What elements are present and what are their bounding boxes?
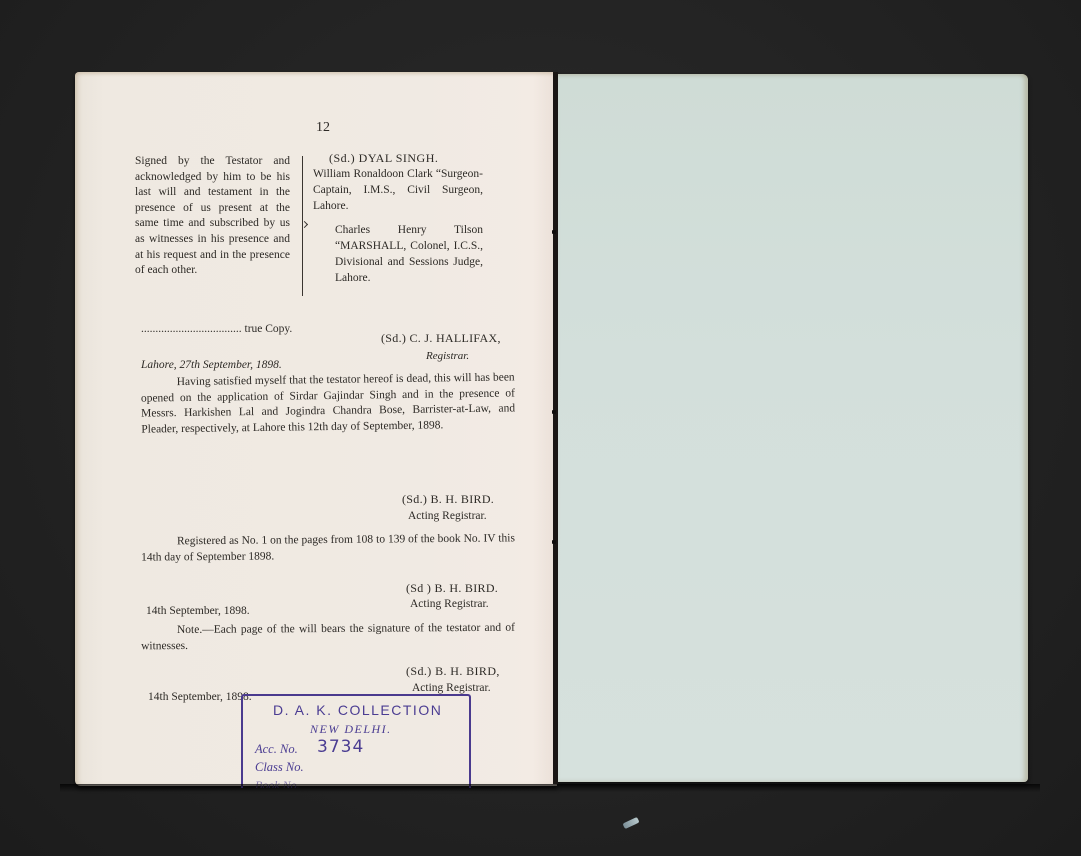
acting-registrar-2: Acting Registrar. xyxy=(410,596,489,612)
stamp-city: NEW DELHI. xyxy=(310,722,392,737)
witness-1: William Ronaldoon Clark “Surgeon-Captain… xyxy=(313,166,483,214)
acting-registrar-1: Acting Registrar. xyxy=(408,508,487,524)
witness-clause: Signed by the Testator and acknowledged … xyxy=(135,154,290,279)
date-2: 14th September, 1898. xyxy=(146,603,250,619)
brace-icon xyxy=(294,156,303,296)
registration-paragraph-text: Registered as No. 1 on the pages from 10… xyxy=(141,531,515,565)
testator-signature: (Sd.) DYAL SINGH. xyxy=(313,150,483,166)
page-shadow xyxy=(60,784,1040,792)
page-number: 12 xyxy=(316,120,330,136)
registrar-signature: (Sd.) C. J. HALLIFAX, xyxy=(381,330,501,346)
opening-paragraph: Having satisfied myself that the testato… xyxy=(141,370,516,438)
opening-paragraph-text: Having satisfied myself that the testato… xyxy=(141,370,516,438)
note-paragraph-text: Note.—Each page of the will bears the si… xyxy=(141,621,515,655)
lahore-date: Lahore, 27th September, 1898. xyxy=(141,357,282,373)
bird-signature-3: (Sd.) B. H. BIRD, xyxy=(406,663,500,679)
debris-speck xyxy=(622,817,639,829)
date-3: 14th September, 1898. xyxy=(148,689,252,705)
registration-paragraph: Registered as No. 1 on the pages from 10… xyxy=(141,531,515,565)
stitch-mark xyxy=(552,540,556,544)
note-paragraph: Note.—Each page of the will bears the si… xyxy=(141,621,515,655)
true-copy-line: ................................... true… xyxy=(141,321,292,337)
signatories-block: (Sd.) DYAL SINGH. William Ronaldoon Clar… xyxy=(313,150,483,286)
stamp-acc-label: Acc. No. xyxy=(255,742,298,757)
stamp-acc-value: 3734 xyxy=(317,737,364,757)
bird-signature-1: (Sd.) B. H. BIRD. xyxy=(402,491,494,507)
registrar-title: Registrar. xyxy=(426,348,469,364)
stamp-class-label: Class No. xyxy=(255,760,304,775)
library-stamp: D. A. K. COLLECTION NEW DELHI. Acc. No. … xyxy=(241,694,471,788)
witness-2: Charles Henry Tilson “MARSHALL, Colonel,… xyxy=(313,222,483,286)
right-page-blank-cover xyxy=(557,74,1028,782)
stitch-mark xyxy=(552,410,556,414)
stamp-title: D. A. K. COLLECTION xyxy=(273,702,442,718)
book-spine xyxy=(553,72,558,784)
stitch-mark xyxy=(552,230,556,234)
bird-signature-2: (Sd ) B. H. BIRD. xyxy=(406,580,498,596)
